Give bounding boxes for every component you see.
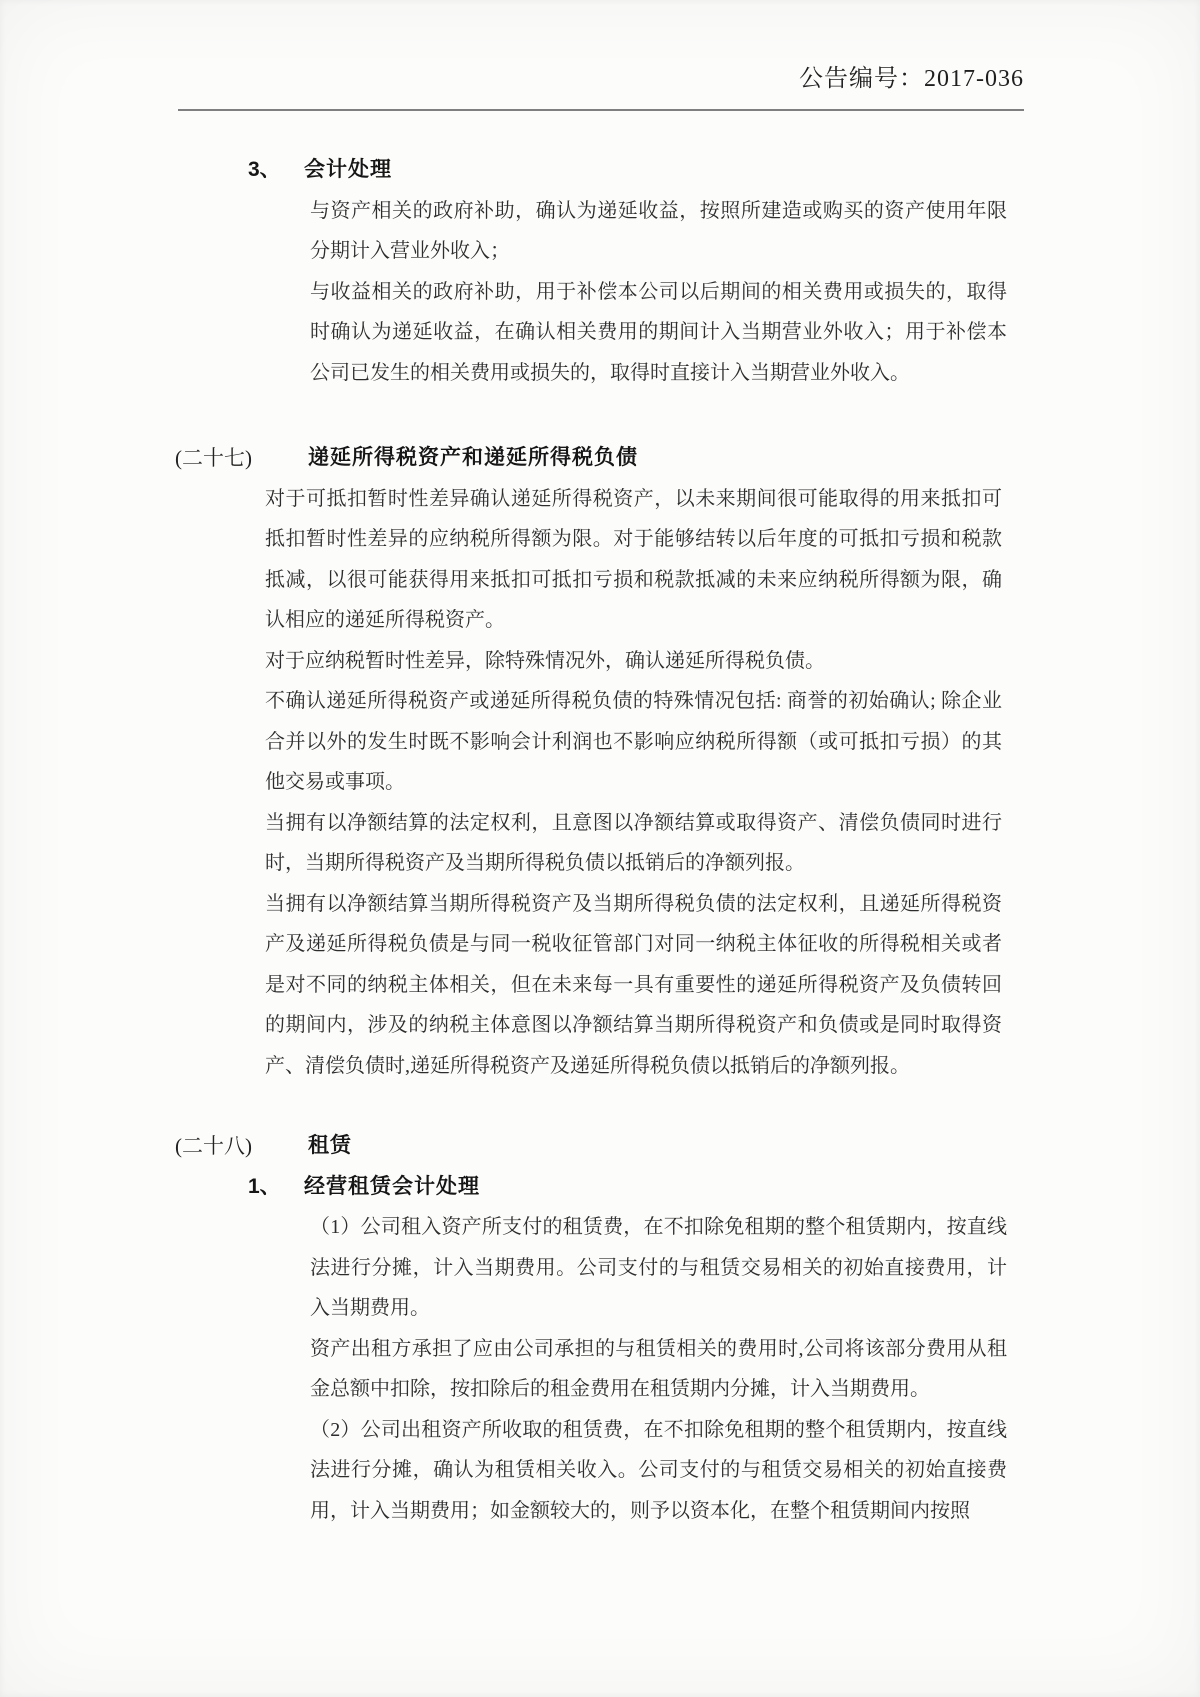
subsection-3-title: 会计处理 [304, 158, 392, 181]
subsection-28-1-title: 经营租赁会计处理 [304, 1175, 480, 1198]
document-content: 3、 会计处理 与资产相关的政府补助，确认为递延收益，按照所建造或购买的资产使用… [0, 150, 1200, 1531]
subsection-28-1-heading: 1、 经营租赁会计处理 [0, 1167, 1200, 1208]
section-28-title: 租赁 [308, 1134, 352, 1157]
announcement-number: 公告编号：2017-036 [799, 64, 1024, 94]
section-27-heading: (二十七) 递延所得税资产和递延所得税负债 [0, 438, 1200, 479]
section-27-paragraph: 当拥有以净额结算的法定权利，且意图以净额结算或取得资产、清偿负债同时进行时，当期… [265, 803, 1002, 884]
subsection-3-paragraph: 与收益相关的政府补助，用于补偿本公司以后期间的相关费用或损失的，取得时确认为递延… [310, 272, 1007, 394]
section-27-paragraph: 对于应纳税暂时性差异，除特殊情况外，确认递延所得税负债。 [265, 641, 1002, 682]
section-27-paragraph: 不确认递延所得税资产或递延所得税负债的特殊情况包括: 商誉的初始确认; 除企业合… [265, 681, 1002, 803]
section-27-title: 递延所得税资产和递延所得税负债 [308, 446, 638, 469]
subsection-3-number: 3、 [248, 150, 281, 191]
section-27-paragraph: 对于可抵扣暂时性差异确认递延所得税资产，以未来期间很可能取得的用来抵扣可抵扣暂时… [265, 479, 1002, 641]
subsection-3-heading: 3、 会计处理 [0, 150, 1200, 191]
subsection-28-1-paragraph: （2）公司出租资产所收取的租赁费，在不扣除免租期的整个租赁期内，按直线法进行分摊… [310, 1410, 1007, 1532]
section-27-label: (二十七) [175, 438, 252, 479]
subsection-3-paragraph: 与资产相关的政府补助，确认为递延收益，按照所建造或购买的资产使用年限分期计入营业… [310, 191, 1007, 272]
subsection-28-1-paragraph: 资产出租方承担了应由公司承担的与租赁相关的费用时,公司将该部分费用从租金总额中扣… [310, 1329, 1007, 1410]
subsection-28-1-number: 1、 [248, 1167, 281, 1208]
section-27-paragraph: 当拥有以净额结算当期所得税资产及当期所得税负债的法定权利，且递延所得税资产及递延… [265, 884, 1002, 1087]
section-28-label: (二十八) [175, 1126, 252, 1167]
header-rule [178, 109, 1024, 111]
section-28-heading: (二十八) 租赁 [0, 1126, 1200, 1167]
document-page: 公告编号：2017-036 3、 会计处理 与资产相关的政府补助，确认为递延收益… [0, 0, 1200, 1697]
subsection-28-1-paragraph: （1）公司租入资产所支付的租赁费，在不扣除免租期的整个租赁期内，按直线法进行分摊… [310, 1207, 1007, 1329]
